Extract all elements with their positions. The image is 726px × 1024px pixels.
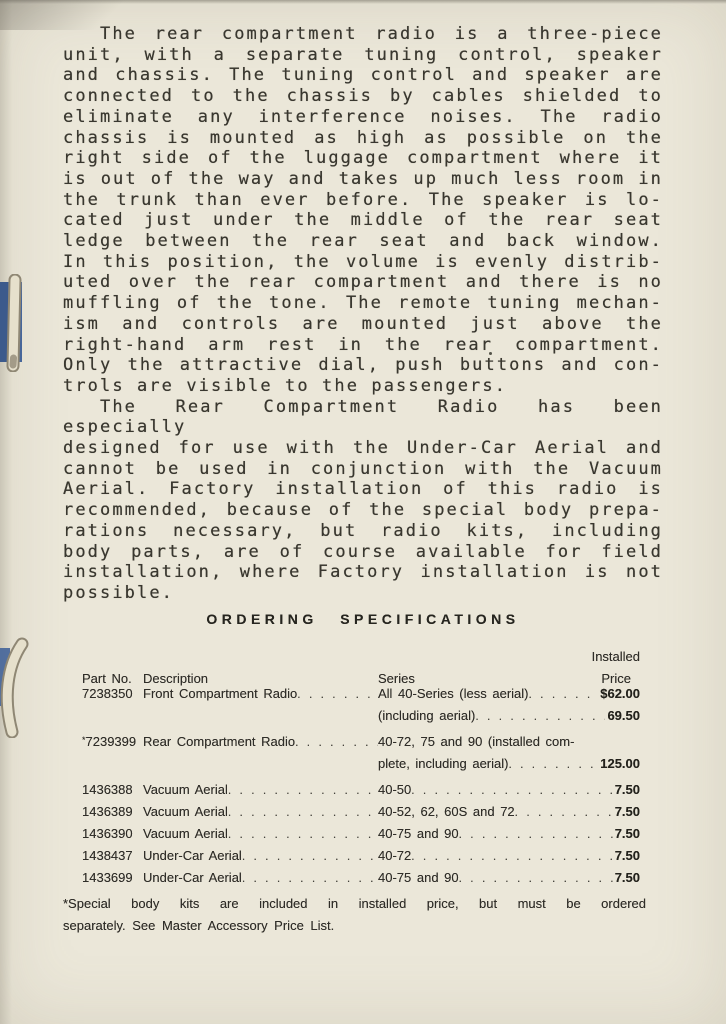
series-cell: (including aerial)69.50 [378,708,640,723]
binding-mark-middle [0,636,30,743]
description-cell: Under-Car Aerial [143,870,378,885]
text-line: The rear compartment radio is a three-pi… [63,24,663,45]
part-number: 7239399 [86,734,137,749]
description-cell: Vacuum Aerial [143,826,378,841]
paragraph-radio-description: The rear compartment radio is a three-pi… [63,24,663,397]
series-text: 40-50 [378,782,411,797]
dot-leader [228,782,378,797]
series-text: (including aerial) [378,708,475,723]
text-line: muffling of the tone. The remote tuning … [63,293,663,314]
binding-mark-top [0,274,28,377]
binding-thread-icon [0,274,28,372]
description-cell: Front Compartment Radio [143,686,378,701]
text-line: Only the attractive dial, push buttons a… [63,355,663,376]
scanned-manual-page: The rear compartment radio is a three-pi… [0,0,726,1024]
table-row: *7239399 Rear Compartment Radio 40-72, 7… [82,734,640,756]
description-text: Vacuum Aerial [143,804,228,819]
description-text: Under-Car Aerial [143,870,242,885]
dot-leader [228,826,378,841]
part-number-cell: 1438437 [82,848,143,863]
dot-leader [459,826,613,841]
series-cell: All 40-Series (less aerial)$62.00 [378,686,640,701]
part-number: 7238350 [82,686,133,701]
section-heading: ORDERING SPECIFICATIONS [63,611,663,627]
dot-leader [475,708,605,723]
description-cell: Under-Car Aerial [143,848,378,863]
description-cell: Rear Compartment Radio [143,734,378,749]
column-header-description: Description [143,671,208,686]
part-number-cell: 1436389 [82,804,143,819]
description-text: Vacuum Aerial [143,826,228,841]
price-value: 125.00 [600,756,640,771]
series-cell: plete, including aerial)125.00 [378,756,640,771]
table-body: 7238350 Front Compartment Radio All 40-S… [82,686,640,892]
series-cell: 40-75 and 907.50 [378,826,640,841]
description-text: Front Compartment Radio [143,686,297,701]
text-line: unit, with a separate tuning control, sp… [63,45,663,66]
series-text: plete, including aerial) [378,756,508,771]
part-number-cell: *7239399 [82,734,143,749]
part-number: 1436388 [82,782,133,797]
text-line: eliminate any interference noises. The r… [63,107,663,128]
dot-leader [228,804,378,819]
text-line: cated just under the middle of the rear … [63,210,663,231]
part-number: 1438437 [82,848,133,863]
binding-thread-icon [0,636,30,738]
column-header-price: Price [601,671,631,686]
description-text: Under-Car Aerial [143,848,242,863]
series-text: All 40-Series (less aerial) [378,686,529,701]
part-number-cell: 1436388 [82,782,143,797]
dot-leader [297,686,378,701]
series-cell: 40-727.50 [378,848,640,863]
text-line: body parts, are of course available for … [63,542,663,563]
table-header: Part No. Description Series Installed Pr… [82,649,640,686]
series-text: 40-75 and 90 [378,870,459,885]
text-line: uted over the rear compartment and there… [63,272,663,293]
dot-leader [459,870,613,885]
text-line: cannot be used in conjunction with the V… [63,459,663,480]
text-line: possible. [63,583,663,604]
series-cell: 40-52, 62, 60S and 727.50 [378,804,640,819]
text-line: chassis is mounted as high as possible o… [63,128,663,149]
part-number: 1436390 [82,826,133,841]
text-line: ism and controls are mounted just above … [63,314,663,335]
table-row: 1438437 Under-Car Aerial 40-727.50 [82,848,640,870]
column-header-series: Series [378,671,415,686]
part-number: 1433699 [82,870,133,885]
footnote-line: separately. See Master Accessory Price L… [63,915,646,937]
price-value: 69.50 [607,708,640,723]
text-line: rations necessary, but radio kits, inclu… [63,521,663,542]
text-line: In this position, the volume is evenly d… [63,252,663,273]
paragraph-aerial-note: The Rear Compartment Radio has been espe… [63,397,663,604]
text-line: is out of the way and takes up much less… [63,169,663,190]
text-line: trols are visible to the passengers. [63,376,663,397]
series-text: 40-52, 62, 60S and 72 [378,804,515,819]
text-line: installation, where Factory installation… [63,562,663,583]
table-row: 1436390 Vacuum Aerial 40-75 and 907.50 [82,826,640,848]
text-line: designed for use with the Under-Car Aeri… [63,438,663,459]
series-cell: 40-72, 75 and 90 (installed com- [378,734,640,749]
table-row: 1433699 Under-Car Aerial 40-75 and 907.5… [82,870,640,892]
part-number: 1436389 [82,804,133,819]
part-number-cell: 1433699 [82,870,143,885]
part-number-cell: 1436390 [82,826,143,841]
description-cell: Vacuum Aerial [143,804,378,819]
text-line: the trunk than ever before. The speaker … [63,190,663,211]
text-line: ledge between the rear seat and back win… [63,231,663,252]
price-value: $62.00 [600,686,640,701]
series-cell: 40-75 and 907.50 [378,870,640,885]
series-text: 40-72 [378,848,411,863]
table-row: (including aerial)69.50 [82,708,640,730]
ordering-specifications-table: Part No. Description Series Installed Pr… [82,649,640,892]
column-header-part-no: Part No. [82,671,132,686]
page-left-edge [0,0,12,1024]
dot-leader [242,848,378,863]
footnote: *Special body kits are included in insta… [63,893,646,937]
table-row: 7238350 Front Compartment Radio All 40-S… [82,686,640,708]
dot-leader [529,686,599,701]
table-row: plete, including aerial)125.00 [82,756,640,778]
price-value: 7.50 [615,826,640,841]
text-line: and chassis. The tuning control and spea… [63,65,663,86]
price-value: 7.50 [615,804,640,819]
table-row: 1436388 Vacuum Aerial 40-507.50 [82,782,640,804]
text-line: Aerial. Factory installation of this rad… [63,479,663,500]
series-text: 40-72, 75 and 90 (installed com- [378,734,574,749]
series-cell: 40-507.50 [378,782,640,797]
description-text: Rear Compartment Radio [143,734,295,749]
price-value: 7.50 [615,782,640,797]
footnote-line: *Special body kits are included in insta… [63,893,646,915]
dot-leader [242,870,378,885]
dot-leader [515,804,613,819]
text-line: The Rear Compartment Radio has been espe… [63,397,663,438]
description-text: Vacuum Aerial [143,782,228,797]
column-header-installed: Installed [592,649,640,664]
dot-leader [508,756,598,771]
text-line: right side of the luggage compartment wh… [63,148,663,169]
series-text: 40-75 and 90 [378,826,459,841]
dot-leader [411,782,612,797]
part-number-cell: 7238350 [82,686,143,701]
text-line: connected to the chassis by cables shiel… [63,86,663,107]
description-cell: Vacuum Aerial [143,782,378,797]
table-row: 1436389 Vacuum Aerial 40-52, 62, 60S and… [82,804,640,826]
body-text: The rear compartment radio is a three-pi… [63,24,663,604]
price-value: 7.50 [615,870,640,885]
dot-leader [411,848,612,863]
dot-leader [295,734,378,749]
text-line: recommended, because of the special body… [63,500,663,521]
price-value: 7.50 [615,848,640,863]
ink-artifact-dot [489,352,492,355]
text-line: right-hand arm rest in the rear compartm… [63,335,663,356]
